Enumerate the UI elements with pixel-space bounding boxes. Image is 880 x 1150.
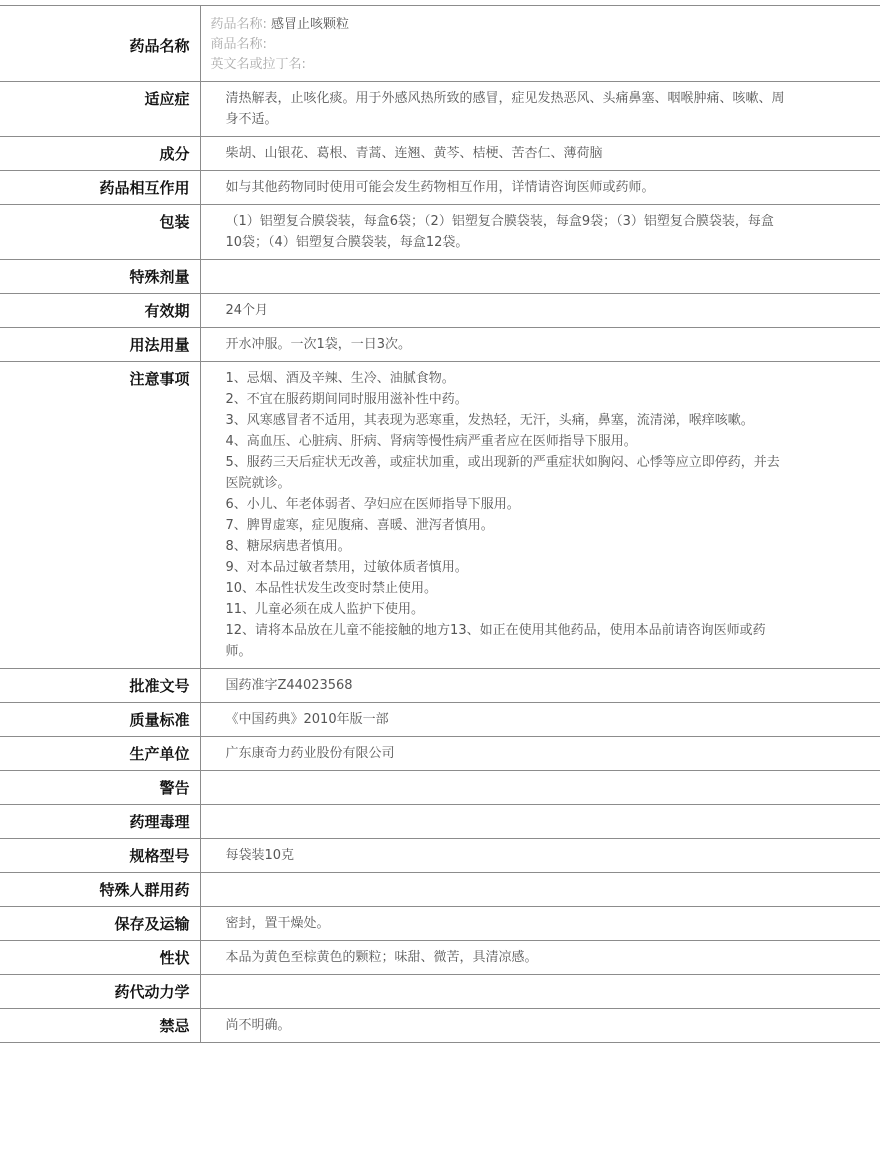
trade-name-line: 商品名称:: [211, 35, 791, 55]
label-quality-standard: 质量标准: [0, 703, 200, 737]
row-approval-number: 批准文号 国药准字Z44023568: [0, 669, 880, 703]
english-name-key: 英文名或拉丁名:: [211, 57, 306, 72]
row-contraindications: 禁忌 尚不明确。: [0, 1009, 880, 1043]
english-name-line: 英文名或拉丁名:: [211, 55, 791, 75]
value-drug-name: 药品名称: 感冒止咳颗粒 商品名称: 英文名或拉丁名:: [200, 6, 880, 82]
value-contraindications: 尚不明确。: [200, 1009, 880, 1043]
precaution-item: 10、本品性状发生改变时禁止使用。: [226, 578, 791, 599]
value-dosage: 开水冲服。一次1袋，一日3次。: [200, 328, 880, 362]
label-shelf-life: 有效期: [0, 294, 200, 328]
trade-name-key: 商品名称:: [211, 37, 267, 52]
label-drug-name: 药品名称: [0, 6, 200, 82]
value-quality-standard: 《中国药典》2010年版一部: [200, 703, 880, 737]
row-manufacturer: 生产单位 广东康奇力药业股份有限公司: [0, 737, 880, 771]
value-description: 本品为黄色至棕黄色的颗粒；味甜、微苦，具清凉感。: [200, 941, 880, 975]
drug-info-page: 药品名称 药品名称: 感冒止咳颗粒 商品名称: 英文名或拉丁名: 适应症 清热解…: [0, 0, 880, 1043]
value-specification: 每袋装10克: [200, 839, 880, 873]
row-packaging: 包装 （1）铝塑复合膜袋装，每盒6袋；（2）铝塑复合膜袋装，每盒9袋；（3）铝塑…: [0, 205, 880, 260]
row-shelf-life: 有效期 24个月: [0, 294, 880, 328]
value-interactions: 如与其他药物同时使用可能会发生药物相互作用，详情请咨询医师或药师。: [200, 171, 880, 205]
row-description: 性状 本品为黄色至棕黄色的颗粒；味甜、微苦，具清凉感。: [0, 941, 880, 975]
drug-info-table: 药品名称 药品名称: 感冒止咳颗粒 商品名称: 英文名或拉丁名: 适应症 清热解…: [0, 5, 880, 1043]
label-interactions: 药品相互作用: [0, 171, 200, 205]
value-special-dosage: [200, 260, 880, 294]
row-special-dosage: 特殊剂量: [0, 260, 880, 294]
value-packaging: （1）铝塑复合膜袋装，每盒6袋；（2）铝塑复合膜袋装，每盒9袋；（3）铝塑复合膜…: [200, 205, 880, 260]
row-precautions: 注意事项 1、忌烟、酒及辛辣、生冷、油腻食物。 2、不宜在服药期间同时服用滋补性…: [0, 362, 880, 669]
label-precautions: 注意事项: [0, 362, 200, 669]
value-storage: 密封，置干燥处。: [200, 907, 880, 941]
generic-name-key: 药品名称:: [211, 17, 267, 32]
precaution-item: 9、对本品过敏者禁用，过敏体质者慎用。: [226, 557, 791, 578]
label-pharmacology: 药理毒理: [0, 805, 200, 839]
value-pharmacokinetics: [200, 975, 880, 1009]
value-precautions: 1、忌烟、酒及辛辣、生冷、油腻食物。 2、不宜在服药期间同时服用滋补性中药。 3…: [200, 362, 880, 669]
row-storage: 保存及运输 密封，置干燥处。: [0, 907, 880, 941]
generic-name-line: 药品名称: 感冒止咳颗粒: [211, 15, 791, 35]
precaution-item: 6、小儿、年老体弱者、孕妇应在医师指导下服用。: [226, 494, 791, 515]
label-special-dosage: 特殊剂量: [0, 260, 200, 294]
row-dosage: 用法用量 开水冲服。一次1袋，一日3次。: [0, 328, 880, 362]
precaution-item: 11、儿童必须在成人监护下使用。: [226, 599, 791, 620]
value-pharmacology: [200, 805, 880, 839]
precaution-item: 3、风寒感冒者不适用，其表现为恶寒重，发热轻，无汗，头痛，鼻塞，流清涕，喉痒咳嗽…: [226, 410, 791, 431]
precaution-item: 12、请将本品放在儿童不能接触的地方13、如正在使用其他药品，使用本品前请咨询医…: [226, 620, 791, 662]
value-indications: 清热解表，止咳化痰。用于外感风热所致的感冒，症见发热恶风、头痛鼻塞、咽喉肿痛、咳…: [200, 82, 880, 137]
precaution-item: 5、服药三天后症状无改善，或症状加重，或出现新的严重症状如胸闷、心悸等应立即停药…: [226, 452, 791, 494]
label-ingredients: 成分: [0, 137, 200, 171]
label-pharmacokinetics: 药代动力学: [0, 975, 200, 1009]
precaution-item: 1、忌烟、酒及辛辣、生冷、油腻食物。: [226, 368, 791, 389]
row-warning: 警告: [0, 771, 880, 805]
label-description: 性状: [0, 941, 200, 975]
row-pharmacology: 药理毒理: [0, 805, 880, 839]
precaution-item: 8、糖尿病患者慎用。: [226, 536, 791, 557]
value-ingredients: 柴胡、山银花、葛根、青蒿、连翘、黄芩、桔梗、苦杏仁、薄荷脑: [200, 137, 880, 171]
label-specification: 规格型号: [0, 839, 200, 873]
row-interactions: 药品相互作用 如与其他药物同时使用可能会发生药物相互作用，详情请咨询医师或药师。: [0, 171, 880, 205]
label-special-populations: 特殊人群用药: [0, 873, 200, 907]
value-manufacturer: 广东康奇力药业股份有限公司: [200, 737, 880, 771]
label-contraindications: 禁忌: [0, 1009, 200, 1043]
row-pharmacokinetics: 药代动力学: [0, 975, 880, 1009]
row-indications: 适应症 清热解表，止咳化痰。用于外感风热所致的感冒，症见发热恶风、头痛鼻塞、咽喉…: [0, 82, 880, 137]
label-approval-number: 批准文号: [0, 669, 200, 703]
row-ingredients: 成分 柴胡、山银花、葛根、青蒿、连翘、黄芩、桔梗、苦杏仁、薄荷脑: [0, 137, 880, 171]
precaution-item: 7、脾胃虚寒，症见腹痛、喜暖、泄泻者慎用。: [226, 515, 791, 536]
label-indications: 适应症: [0, 82, 200, 137]
label-manufacturer: 生产单位: [0, 737, 200, 771]
value-approval-number: 国药准字Z44023568: [200, 669, 880, 703]
value-shelf-life: 24个月: [200, 294, 880, 328]
row-quality-standard: 质量标准 《中国药典》2010年版一部: [0, 703, 880, 737]
row-special-populations: 特殊人群用药: [0, 873, 880, 907]
precaution-item: 4、高血压、心脏病、肝病、肾病等慢性病严重者应在医师指导下服用。: [226, 431, 791, 452]
label-warning: 警告: [0, 771, 200, 805]
precaution-item: 2、不宜在服药期间同时服用滋补性中药。: [226, 389, 791, 410]
label-dosage: 用法用量: [0, 328, 200, 362]
label-packaging: 包装: [0, 205, 200, 260]
row-specification: 规格型号 每袋装10克: [0, 839, 880, 873]
row-drug-name: 药品名称 药品名称: 感冒止咳颗粒 商品名称: 英文名或拉丁名:: [0, 6, 880, 82]
value-warning: [200, 771, 880, 805]
label-storage: 保存及运输: [0, 907, 200, 941]
value-special-populations: [200, 873, 880, 907]
generic-name-value: 感冒止咳颗粒: [271, 17, 349, 32]
